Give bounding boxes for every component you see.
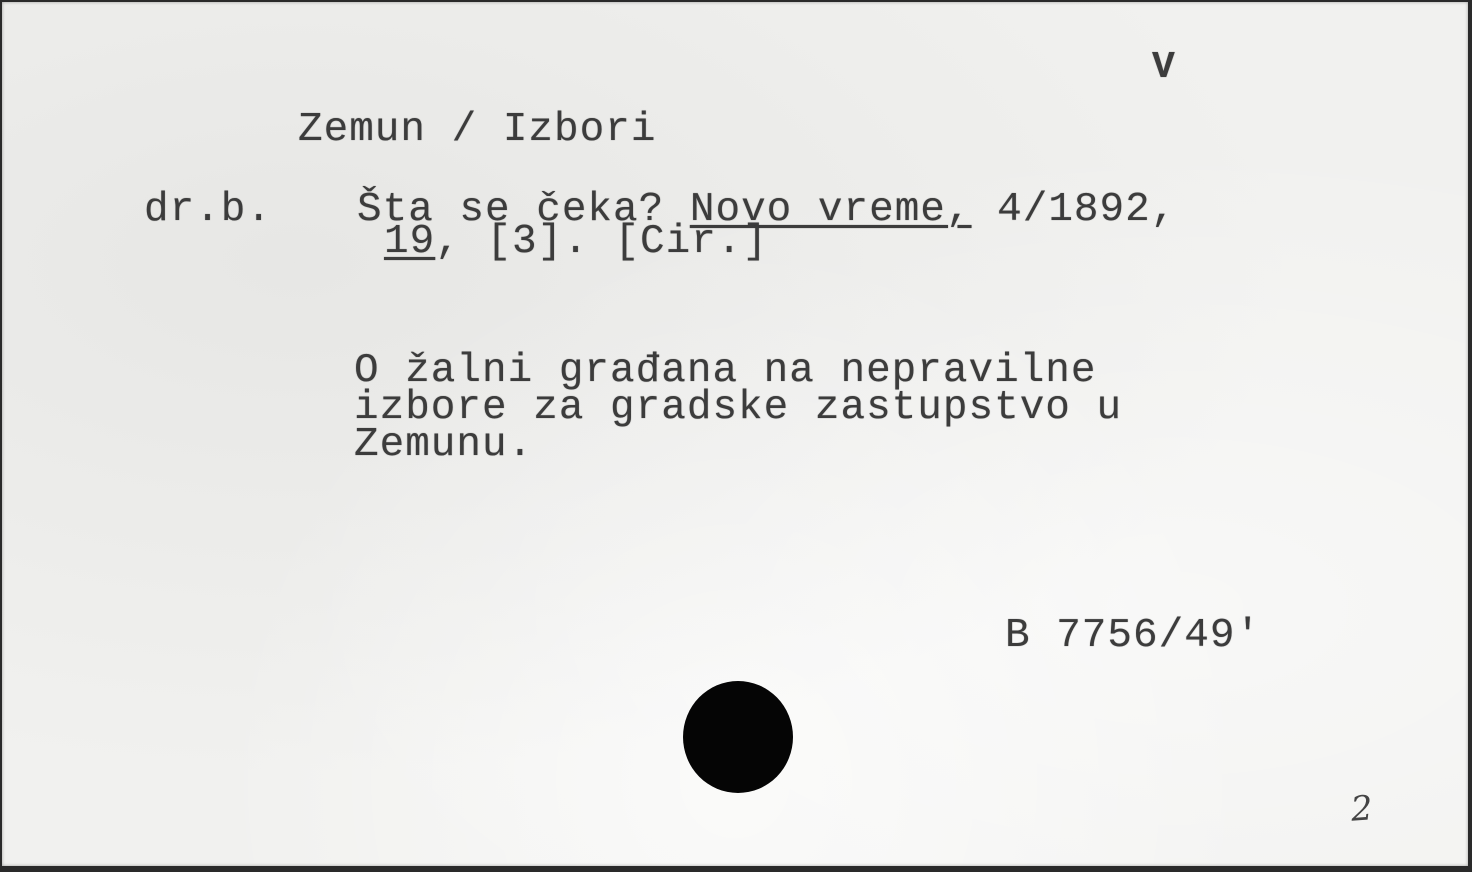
issue-number: 19 [384, 219, 435, 265]
abstract: O žalni građana na nepravilneizbore za g… [354, 353, 1122, 464]
issue-year: 4/1892, [997, 187, 1176, 233]
catalog-card: V Zemun / Izbori dr.b. Šta se čeka? Novo… [2, 2, 1468, 866]
handwritten-note: 2 [1350, 788, 1374, 829]
entry-label: dr.b. [144, 190, 272, 230]
abstract-line: Zemunu. [354, 427, 1122, 464]
punch-hole [683, 681, 793, 793]
page-and-script: [3]. [Cir.] [486, 219, 768, 265]
citation-line-2: 19, [3]. [Cir.] [384, 222, 768, 262]
subject-heading: Zemun / Izbori [298, 110, 656, 150]
volume-mark: V [1152, 48, 1176, 88]
shelf-mark: B 7756/49' [1005, 616, 1261, 656]
